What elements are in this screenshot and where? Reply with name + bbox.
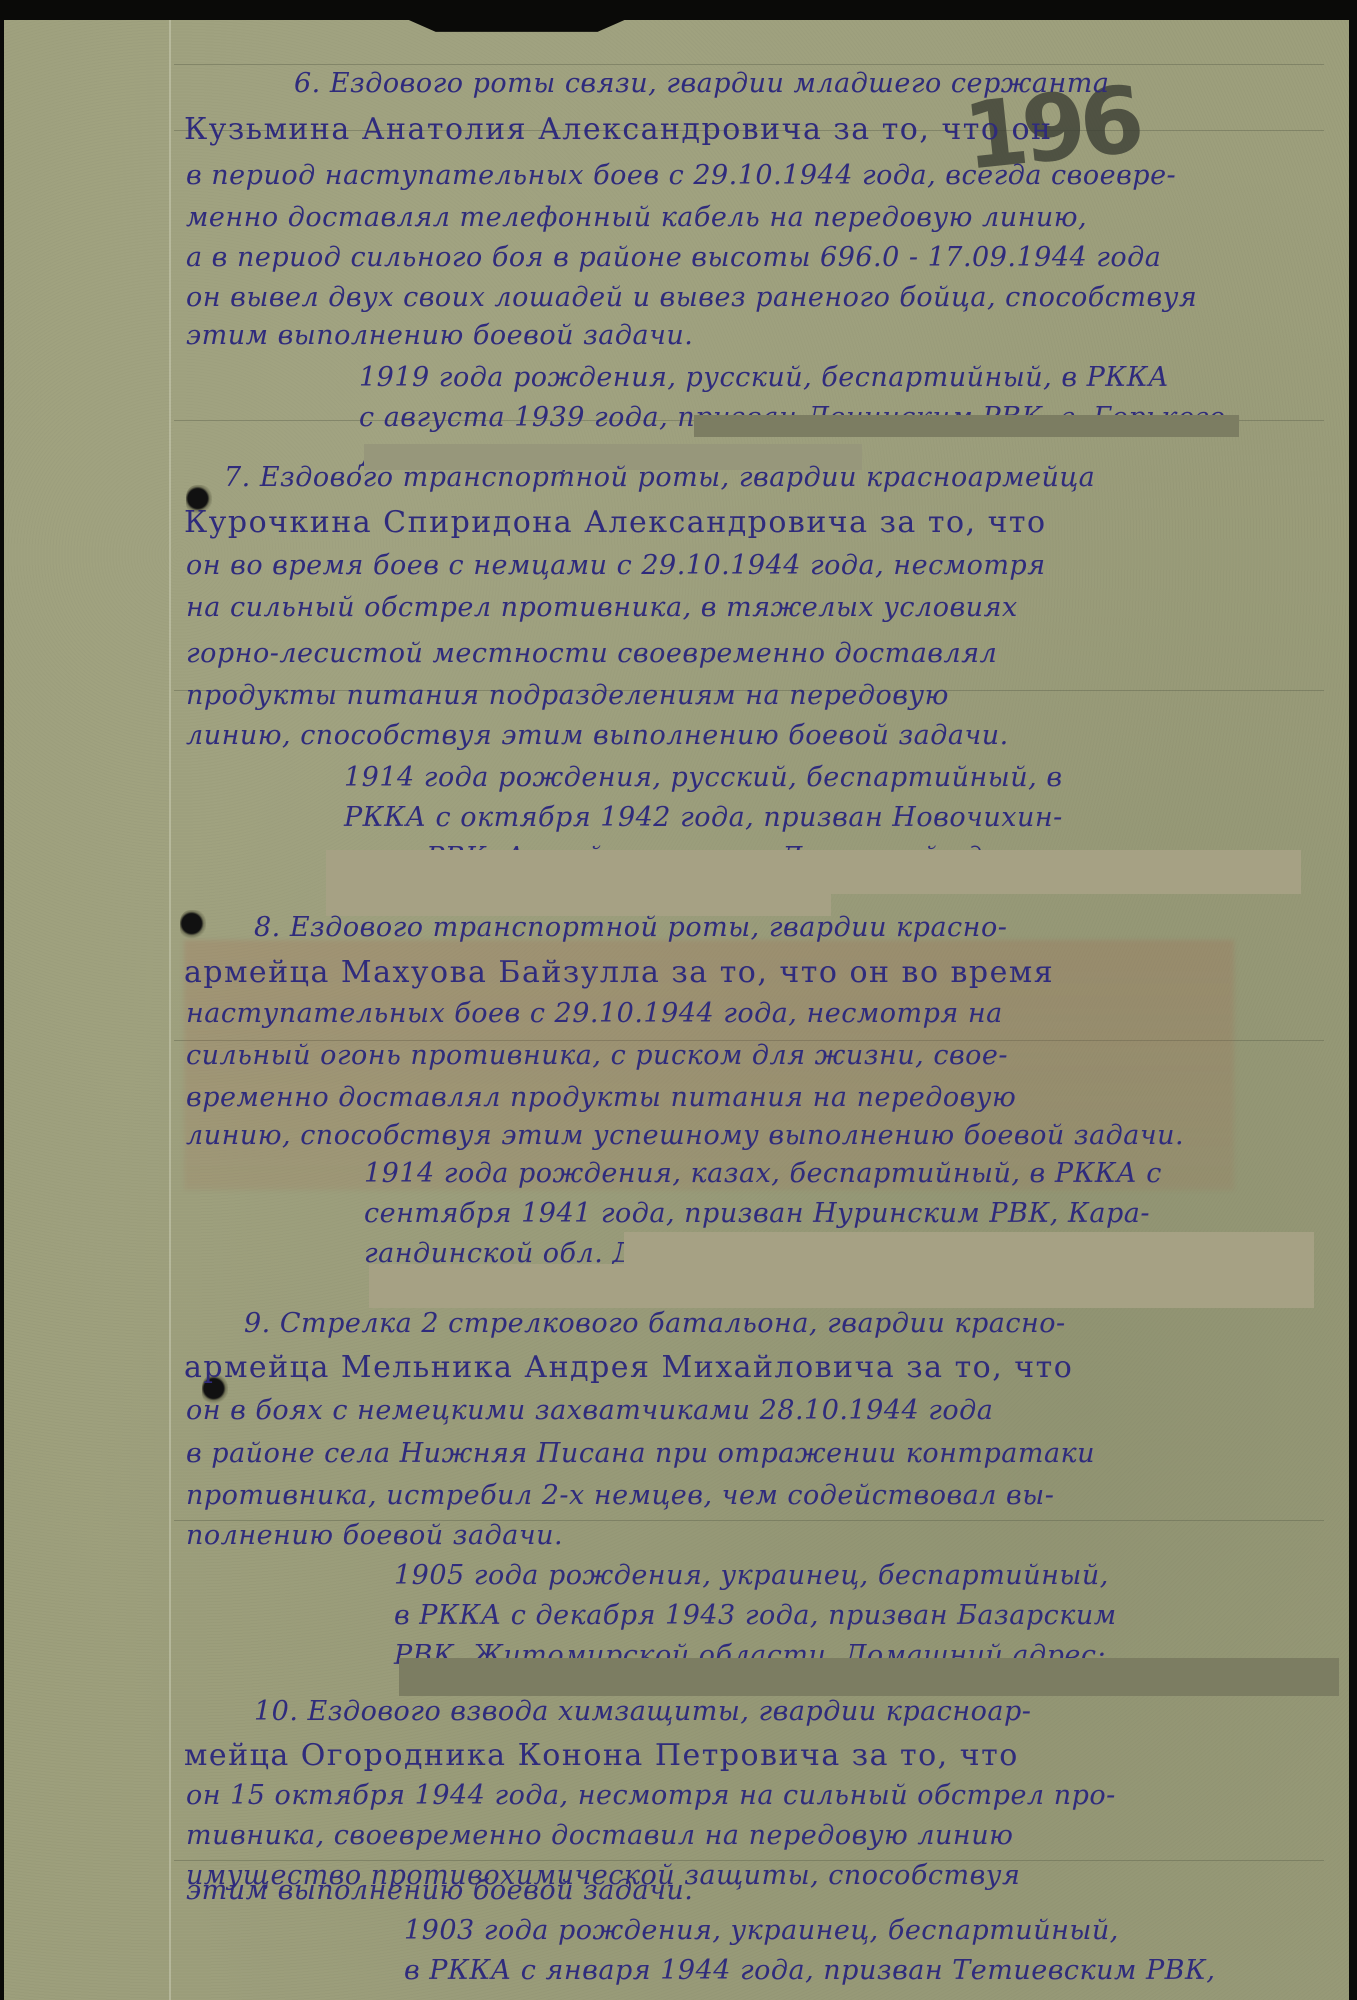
bio-line: РККА с октября 1942 года, призван Новочи… [344, 802, 1063, 833]
document-page: 196 6. Ездового роты связи, гвардии млад… [4, 20, 1353, 2000]
margin-line [169, 20, 171, 2000]
redacted-address [624, 1232, 1314, 1264]
redacted-address [326, 850, 1301, 894]
bio-line: 1914 года рождения, русский, беспартийны… [344, 762, 1063, 793]
entry-line-name: армейца Мельника Андрея Михайловича за т… [184, 1350, 1073, 1385]
entry-line: он вывел двух своих лошадей и вывез ране… [186, 282, 1197, 313]
entry-line: сильный огонь противника, с риском для ж… [186, 1040, 1008, 1071]
entry-line: этим выполнению боевой задачи. [186, 1875, 693, 1906]
entry-line: на сильный обстрел противника, в тяжелых… [186, 592, 1018, 623]
entry-line-name: мейца Огородника Конона Петровича за то,… [184, 1738, 1019, 1773]
punch-hole [180, 910, 206, 940]
entry-line: линию, способствуя этим успешному выполн… [186, 1120, 1184, 1151]
ruled-line [174, 64, 1324, 65]
redacted-address [369, 1264, 1314, 1308]
entry-line: он во время боев с немцами с 29.10.1944 … [186, 550, 1046, 581]
entry-line: он в боях с немецкими захватчиками 28.10… [186, 1395, 993, 1426]
page-edge [1349, 20, 1353, 2000]
entry-line: линию, способствуя этим выполнению боево… [186, 720, 1009, 751]
entry-line: 6. Ездового роты связи, гвардии младшего… [294, 68, 1110, 99]
entry-line: он 15 октября 1944 года, несмотря на сил… [186, 1780, 1116, 1811]
entry-line: тивника, своевременно доставил на передо… [186, 1820, 1013, 1851]
entry-line-name: армейца Махуова Байзулла за то, что он в… [184, 955, 1054, 990]
redacted-address [399, 1658, 1339, 1696]
bio-line: 1905 года рождения, украинец, беспартийн… [394, 1560, 1109, 1591]
bio-line: 1903 года рождения, украинец, беспартийн… [404, 1915, 1119, 1946]
entry-line: 8. Ездового транспортной роты, гвардии к… [254, 912, 1007, 943]
entry-line: в районе села Нижняя Писана при отражени… [186, 1438, 1095, 1469]
bio-line: в РККА с января 1944 года, призван Тетие… [404, 1955, 1216, 1986]
entry-line: 7. Ездового транспортной роты, гвардии к… [224, 462, 1095, 493]
entry-line: этим выполнению боевой задачи. [186, 320, 693, 351]
entry-line: менно доставлял телефонный кабель на пер… [186, 202, 1087, 233]
entry-line: горно-лесистой местности своевременно до… [186, 638, 997, 669]
entry-line: а в период сильного боя в районе высоты … [186, 242, 1161, 273]
entry-line-name: Кузьмина Анатолия Александровича за то, … [184, 112, 1053, 147]
entry-line: 10. Ездового взвода химзащиты, гвардии к… [254, 1696, 1031, 1727]
entry-line: полнению боевой задачи. [186, 1520, 563, 1551]
bio-line: в РККА с декабря 1943 года, призван База… [394, 1600, 1117, 1631]
entry-line: в период наступательных боев с 29.10.194… [186, 160, 1176, 191]
bio-line: 1919 года рождения, русский, беспартийны… [359, 362, 1169, 393]
entry-line: наступательных боев с 29.10.1944 года, н… [186, 998, 1003, 1029]
entry-line-name: Курочкина Спиридона Александровича за то… [184, 505, 1047, 540]
entry-line: противника, истребил 2-х немцев, чем сод… [186, 1480, 1054, 1511]
entry-line: временно доставлял продукты питания на п… [186, 1082, 1016, 1113]
redacted-address [694, 415, 1239, 437]
entry-line: продукты питания подразделениям на перед… [186, 680, 949, 711]
entry-line: 9. Стрелка 2 стрелкового батальона, гвар… [244, 1308, 1066, 1339]
bio-line: сентября 1941 года, призван Нуринским РВ… [364, 1198, 1150, 1229]
bio-line: 1914 года рождения, казах, беспартийный,… [364, 1158, 1162, 1189]
